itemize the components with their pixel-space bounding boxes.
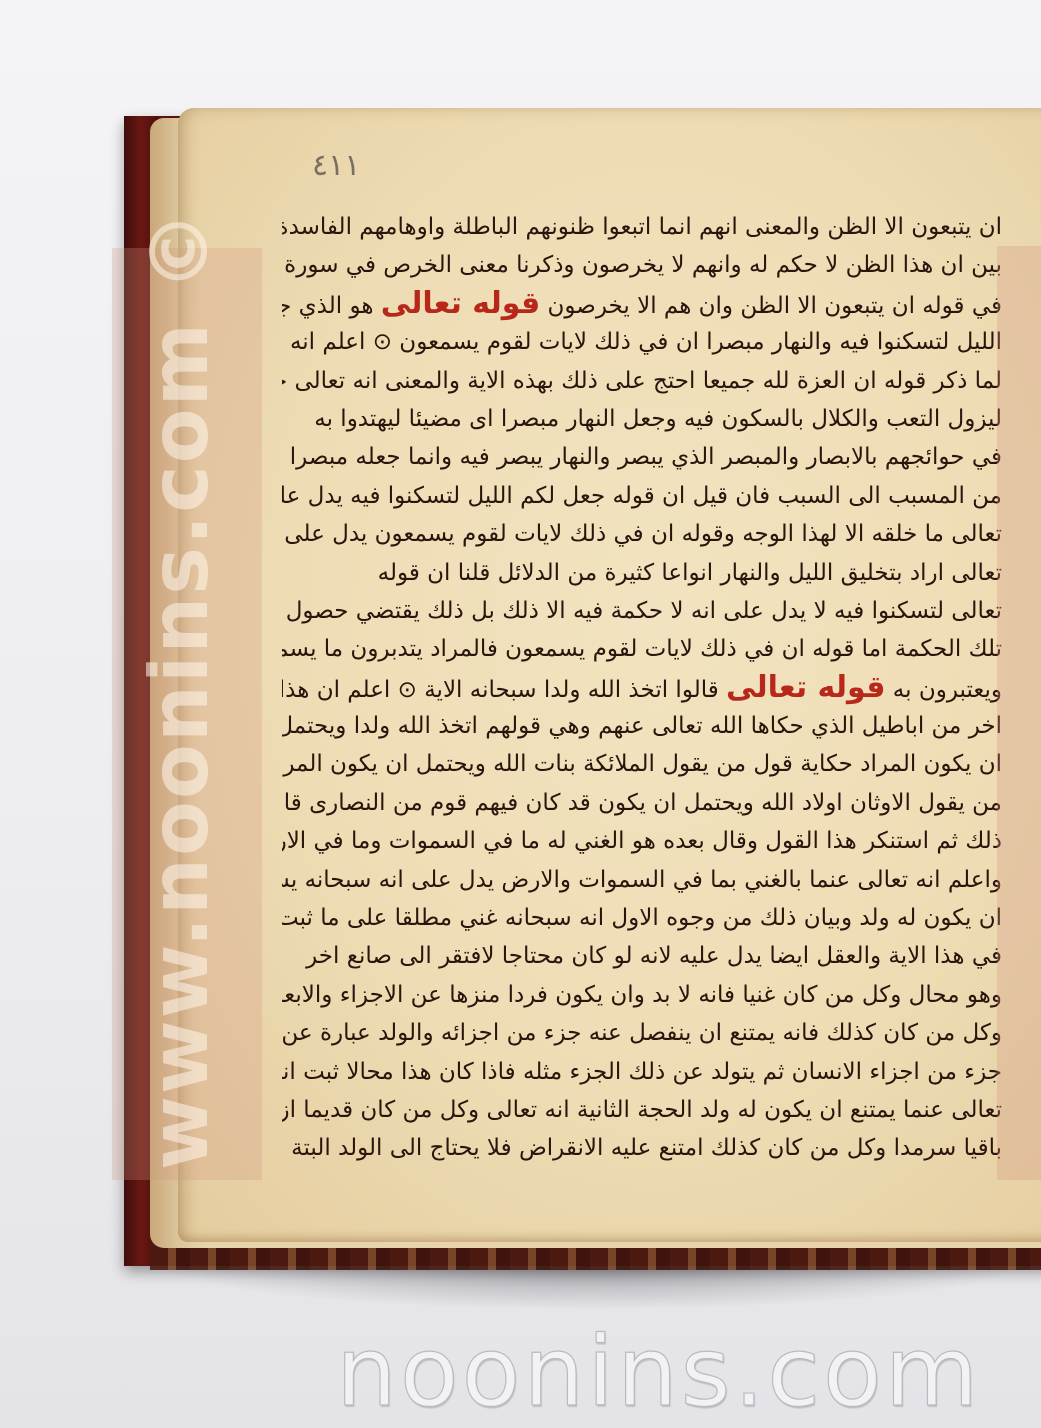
- text-line: تعالى لتسكنوا فيه لا يدل على انه لا حكمة…: [282, 592, 1002, 630]
- line-text: هو الذي جعل لكم: [282, 293, 373, 319]
- text-line: واعلم انه تعالى عنما بالغني بما في السمو…: [282, 861, 1002, 899]
- text-line: اخر من اباطيل الذي حكاها الله تعالى عنهم…: [282, 707, 1002, 745]
- rubric-heading: قوله تعالى: [381, 286, 540, 321]
- watermark-vertical: www.noonins.com ©: [120, 240, 240, 1170]
- line-text: تعالى اراد بتخليق الليل والنهار انواعا ك…: [378, 560, 1002, 586]
- text-line: ان يكون له ولد وبيان ذلك من وجوه الاول ا…: [282, 899, 1002, 937]
- line-text: جزء من اجزاء الانسان ثم يتولد عن ذلك الج…: [282, 1059, 1002, 1085]
- text-line: بين ان هذا الظن لا حكم له وانهم لا يخرصو…: [282, 246, 1002, 284]
- line-text: باقيا سرمدا وكل من كان كذلك امتنع عليه ا…: [291, 1135, 1002, 1161]
- line-text: من المسبب الى السبب فان قيل ان قوله جعل …: [282, 483, 1002, 509]
- text-line: ان يكون المراد حكاية قول من يقول الملائك…: [282, 745, 1002, 783]
- text-line: في هذا الاية والعقل ايضا يدل عليه لانه ل…: [282, 937, 1002, 975]
- line-text: ذلك ثم استنكر هذا القول وقال بعده هو الغ…: [282, 828, 1002, 854]
- line-text: تلك الحكمة اما قوله ان في ذلك لايات لقوم…: [282, 636, 1002, 662]
- folio-number: ٤١١: [312, 148, 360, 183]
- text-line: ان يتبعون الا الظن والمعنى انهم انما اتب…: [282, 208, 1002, 246]
- line-text: تعالى لتسكنوا فيه لا يدل على انه لا حكمة…: [286, 598, 1002, 624]
- line-text: في هذا الاية والعقل ايضا يدل عليه لانه ل…: [306, 943, 1002, 969]
- text-line: من المسبب الى السبب فان قيل ان قوله جعل …: [282, 477, 1002, 515]
- text-line: في حوائجهم بالابصار والمبصر الذي يبصر وا…: [282, 438, 1002, 476]
- line-text: الليل لتسكنوا فيه والنهار مبصرا ان في ذل…: [282, 329, 1002, 355]
- line-text: في حوائجهم بالابصار والمبصر الذي يبصر وا…: [282, 444, 1002, 470]
- line-text: ان يكون المراد حكاية قول من يقول الملائك…: [282, 751, 1002, 777]
- text-line: لما ذكر قوله ان العزة لله جميعا احتج على…: [282, 362, 1002, 400]
- text-line: وهو محال وكل من كان غنيا فانه لا بد وان …: [282, 976, 1002, 1014]
- line-text: ويعتبرون به: [893, 677, 1002, 703]
- line-text: تعالى ما خلقه الا لهذا الوجه وقوله ان في…: [282, 521, 1002, 547]
- text-line: ويعتبرون به قوله تعالى قالوا اتخذ الله و…: [282, 669, 1002, 707]
- line-text: من يقول الاوثان اولاد الله ويحتمل ان يكو…: [282, 790, 1002, 816]
- text-line: من يقول الاوثان اولاد الله ويحتمل ان يكو…: [282, 784, 1002, 822]
- line-text: وهو محال وكل من كان غنيا فانه لا بد وان …: [282, 982, 1002, 1008]
- line-text: لما ذكر قوله ان العزة لله جميعا احتج على…: [282, 368, 1002, 394]
- line-text: قالوا اتخذ الله ولدا سبحانه الاية ⊙ اعلم…: [282, 677, 719, 703]
- text-line: ليزول التعب والكلال بالسكون فيه وجعل الن…: [282, 400, 1002, 438]
- text-line: تعالى ما خلقه الا لهذا الوجه وقوله ان في…: [282, 515, 1002, 553]
- line-text: ان يكون له ولد وبيان ذلك من وجوه الاول ا…: [282, 905, 1002, 931]
- watermark-bottom: noonins.com: [336, 1322, 936, 1422]
- line-text: بين ان هذا الظن لا حكم له وانهم لا يخرصو…: [282, 252, 1002, 278]
- line-text: ليزول التعب والكلال بالسكون فيه وجعل الن…: [314, 406, 1002, 432]
- line-text: اخر من اباطيل الذي حكاها الله تعالى عنهم…: [282, 713, 1002, 739]
- text-line: وكل من كان كذلك فانه يمتنع ان ينفصل عنه …: [282, 1014, 1002, 1052]
- watermark-band-right: [997, 246, 1041, 1180]
- text-line: باقيا سرمدا وكل من كان كذلك امتنع عليه ا…: [282, 1129, 1002, 1167]
- line-text: وكل من كان كذلك فانه يمتنع ان ينفصل عنه …: [282, 1020, 1002, 1046]
- text-line: في قوله ان يتبعون الا الظن وان هم الا يخ…: [282, 285, 1002, 323]
- line-text: في قوله ان يتبعون الا الظن وان هم الا يخ…: [548, 293, 1002, 319]
- rubric-heading: قوله تعالى: [726, 670, 885, 705]
- line-text: ان يتبعون الا الظن والمعنى انهم انما اتب…: [282, 214, 1002, 240]
- text-line: ذلك ثم استنكر هذا القول وقال بعده هو الغ…: [282, 822, 1002, 860]
- text-line: الليل لتسكنوا فيه والنهار مبصرا ان في ذل…: [282, 323, 1002, 361]
- text-line: تعالى اراد بتخليق الليل والنهار انواعا ك…: [282, 554, 1002, 592]
- manuscript-text: ان يتبعون الا الظن والمعنى انهم انما اتب…: [282, 208, 1002, 1168]
- line-text: واعلم انه تعالى عنما بالغني بما في السمو…: [282, 867, 1002, 893]
- text-line: جزء من اجزاء الانسان ثم يتولد عن ذلك الج…: [282, 1053, 1002, 1091]
- text-line: تلك الحكمة اما قوله ان في ذلك لايات لقوم…: [282, 630, 1002, 668]
- line-text: تعالى عنما يمتنع ان يكون له ولد الحجة ال…: [282, 1097, 1002, 1123]
- text-line: تعالى عنما يمتنع ان يكون له ولد الحجة ال…: [282, 1091, 1002, 1129]
